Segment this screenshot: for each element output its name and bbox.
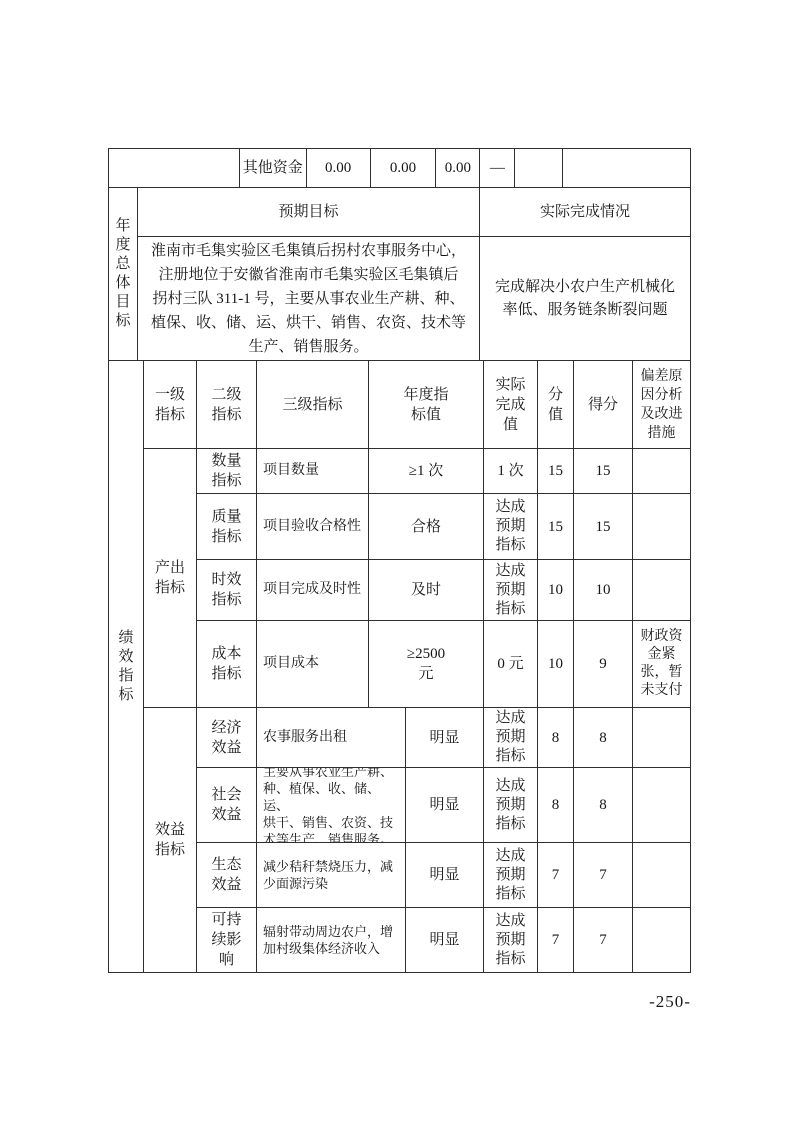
cell-level3: 项目成本 xyxy=(257,621,369,708)
cell-score: 7 xyxy=(538,843,574,908)
cell-score: 15 xyxy=(538,449,574,494)
cell-level3: 项目验收合格性 xyxy=(257,494,369,560)
cell-level3: 农事服务出租 xyxy=(257,708,406,768)
cell-deviation xyxy=(633,768,691,843)
cell-points: 7 xyxy=(574,843,633,908)
actual-result-text: 完成解决小农户生产机械化 率低、服务链条断裂问题 xyxy=(480,237,691,361)
cell-actual: 达成 预期 指标 xyxy=(484,908,538,973)
indicators-body: 一级 指标 二级 指标 三级指标 年度指 标值 实际 完成 值 分 值 得分 偏… xyxy=(144,361,691,973)
cell-level2: 可持 续影 响 xyxy=(197,908,257,973)
expected-goal-text: 淮南市毛集实验区毛集镇后拐村农事服务中心， 注册地位于安徽省淮南市毛集实验区毛集… xyxy=(138,237,480,361)
header-level3: 三级指标 xyxy=(257,361,369,449)
indicators-header-row: 一级 指标 二级 指标 三级指标 年度指 标值 实际 完成 值 分 值 得分 偏… xyxy=(144,361,691,449)
cell-score: 8 xyxy=(538,768,574,843)
funding-row: 其他资金 0.00 0.00 0.00 — xyxy=(109,149,691,188)
cell-actual: 达成 预期 指标 xyxy=(484,768,538,843)
cell-deviation xyxy=(633,843,691,908)
cell-actual: 达成 预期 指标 xyxy=(484,708,538,768)
cell-level2: 成本 指标 xyxy=(197,621,257,708)
cell-level3: 辐射带动周边农户，增 加村级集体经济收入 xyxy=(257,908,406,973)
funding-cell-blank-2 xyxy=(563,149,691,188)
cell-target: 明显 xyxy=(406,843,484,908)
cell-level2: 生态 效益 xyxy=(197,843,257,908)
cell-actual: 达成 预期 指标 xyxy=(484,560,538,621)
cell-level3: 项目数量 xyxy=(257,449,369,494)
indicator-row-timeliness: 时效 指标 项目完成及时性 及时 达成 预期 指标 10 10 xyxy=(197,560,691,621)
cell-target: 明显 xyxy=(406,708,484,768)
cell-level3: 项目完成及时性 xyxy=(257,560,369,621)
other-funds-budget: 0.00 xyxy=(307,149,371,188)
group-label-output: 产出 指标 xyxy=(144,449,197,708)
cell-score: 8 xyxy=(538,708,574,768)
cell-level3: 主要从事农业生产耕、 种、植保、收、储、运、 烘干、销售、农资、技 术等生产、销… xyxy=(257,768,406,843)
cell-deviation xyxy=(633,560,691,621)
cell-level3: 减少秸秆禁烧压力，减 少面源污染 xyxy=(257,843,406,908)
cell-deviation xyxy=(633,908,691,973)
other-funds-value: 0.00 xyxy=(436,149,480,188)
annual-goal-row-label: 年 度 总 体 目 标 xyxy=(109,188,138,361)
cell-score: 15 xyxy=(538,494,574,560)
cell-deviation xyxy=(633,708,691,768)
cell-points: 8 xyxy=(574,768,633,843)
indicator-row-quality: 质量 指标 项目验收合格性 合格 达成 预期 指标 15 15 xyxy=(197,494,691,560)
funding-cell-empty xyxy=(109,149,240,188)
indicator-row-cost: 成本 指标 项目成本 ≥2500 元 0 元 10 9 财政资 金紧 张，暂 未… xyxy=(197,621,691,708)
cell-deviation xyxy=(633,494,691,560)
other-funds-label: 其他资金 xyxy=(240,149,307,188)
header-level2: 二级 指标 xyxy=(197,361,257,449)
cell-target: 明显 xyxy=(406,908,484,973)
annual-goal-body: 预期目标 实际完成情况 淮南市毛集实验区毛集镇后拐村农事服务中心， 注册地位于安… xyxy=(138,188,691,361)
header-points: 得分 xyxy=(574,361,633,449)
header-annual-target: 年度指 标值 xyxy=(369,361,484,449)
cell-points: 15 xyxy=(574,494,633,560)
other-funds-executed: 0.00 xyxy=(371,149,437,188)
benefit-indicators-group: 效益 指标 经济 效益 农事服务出租 明显 达成 预期 指标 8 8 社会 xyxy=(144,708,691,973)
group-label-benefit: 效益 指标 xyxy=(144,708,197,973)
cell-points: 9 xyxy=(574,621,633,708)
header-level1: 一级 指标 xyxy=(144,361,197,449)
cell-level2: 数量 指标 xyxy=(197,449,257,494)
cell-points: 8 xyxy=(574,708,633,768)
cell-target: ≥1 次 xyxy=(369,449,484,494)
cell-level2: 经济 效益 xyxy=(197,708,257,768)
performance-table: 其他资金 0.00 0.00 0.00 — 年 度 总 体 目 标 预期目标 实… xyxy=(108,148,691,973)
page-number: -250- xyxy=(640,992,700,1012)
indicators-section-label: 绩 效 指 标 xyxy=(109,361,144,973)
indicator-row-economic: 经济 效益 农事服务出租 明显 达成 预期 指标 8 8 xyxy=(197,708,691,768)
funding-cell-blank-1 xyxy=(515,149,563,188)
output-indicators-group: 产出 指标 数量 指标 项目数量 ≥1 次 1 次 15 15 质量 指标 xyxy=(144,449,691,708)
other-funds-dash: — xyxy=(480,149,515,188)
cell-target: 明显 xyxy=(406,768,484,843)
cell-level2: 质量 指标 xyxy=(197,494,257,560)
indicator-row-ecological: 生态 效益 减少秸秆禁烧压力，减 少面源污染 明显 达成 预期 指标 7 7 xyxy=(197,843,691,908)
cell-actual: 达成 预期 指标 xyxy=(484,843,538,908)
cell-level2: 社会 效益 xyxy=(197,768,257,843)
header-score: 分 值 xyxy=(538,361,574,449)
cell-deviation xyxy=(633,449,691,494)
cell-level2: 时效 指标 xyxy=(197,560,257,621)
cell-points: 15 xyxy=(574,449,633,494)
indicator-row-sustainability: 可持 续影 响 辐射带动周边农户，增 加村级集体经济收入 明显 达成 预期 指标… xyxy=(197,908,691,973)
indicator-row-social: 社会 效益 主要从事农业生产耕、 种、植保、收、储、运、 烘干、销售、农资、技 … xyxy=(197,768,691,843)
cell-actual: 达成 预期 指标 xyxy=(484,494,538,560)
cell-points: 7 xyxy=(574,908,633,973)
cell-points: 10 xyxy=(574,560,633,621)
cell-actual: 1 次 xyxy=(484,449,538,494)
cell-actual: 0 元 xyxy=(484,621,538,708)
cell-score: 10 xyxy=(538,560,574,621)
cell-deviation: 财政资 金紧 张，暂 未支付 xyxy=(633,621,691,708)
cell-target: ≥2500 元 xyxy=(369,621,484,708)
expected-goal-header: 预期目标 xyxy=(138,188,480,237)
document-page: 其他资金 0.00 0.00 0.00 — 年 度 总 体 目 标 预期目标 实… xyxy=(0,0,794,1122)
cell-target: 及时 xyxy=(369,560,484,621)
actual-result-header: 实际完成情况 xyxy=(480,188,691,237)
cell-target: 合格 xyxy=(369,494,484,560)
header-deviation: 偏差原 因分析 及改进 措施 xyxy=(633,361,691,449)
indicator-row-quantity: 数量 指标 项目数量 ≥1 次 1 次 15 15 xyxy=(197,449,691,494)
header-actual-value: 实际 完成 值 xyxy=(484,361,538,449)
cell-score: 7 xyxy=(538,908,574,973)
annual-goal-section: 年 度 总 体 目 标 预期目标 实际完成情况 淮南市毛集实验区毛集镇后拐村农事… xyxy=(109,188,691,361)
cell-score: 10 xyxy=(538,621,574,708)
indicators-section: 绩 效 指 标 一级 指标 二级 指标 三级指标 年度指 标值 实际 完成 值 … xyxy=(109,361,691,973)
